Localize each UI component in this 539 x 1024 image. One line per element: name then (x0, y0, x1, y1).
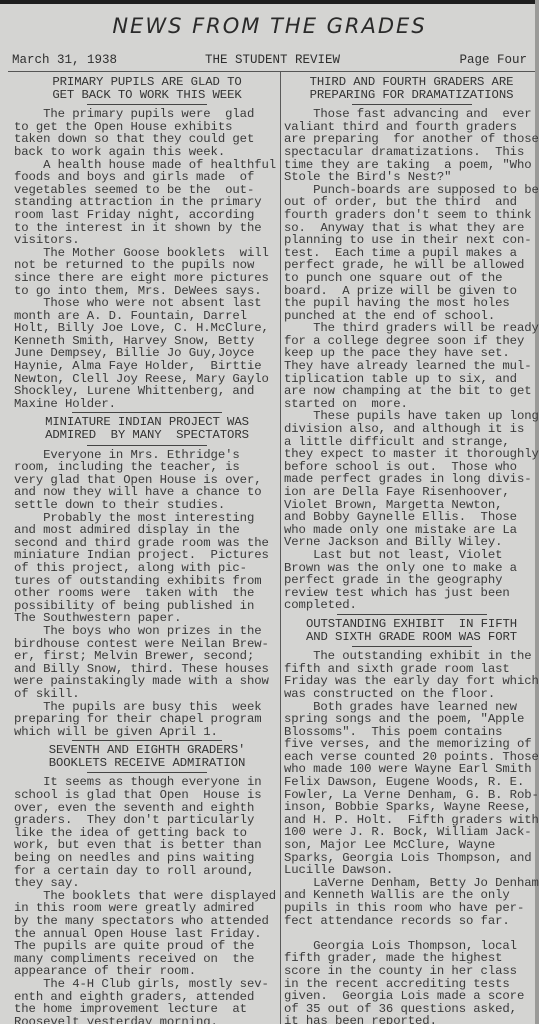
article-body: The primary pupils were gladto get the O… (14, 108, 280, 410)
headline-line: PRIMARY PUPILS ARE GLAD TO (14, 76, 280, 89)
body-line: room last Friday night, according (14, 209, 280, 222)
body-line: it has been reported. (284, 1015, 539, 1024)
body-line: Shockley, Lurene Whittenberg, and (14, 385, 280, 398)
article: THIRD AND FOURTH GRADERS AREPREPARING FO… (284, 76, 539, 615)
body-line: visitors. (14, 234, 280, 247)
body-line: fect attendance records so far. (284, 915, 539, 928)
body-line: to punch one square out of the (284, 272, 539, 285)
article-body: It seems as though everyone inschool is … (14, 776, 280, 1024)
body-line: since there are eight more pictures (14, 272, 280, 285)
dateline: March 31, 1938 THE STUDENT REVIEW Page F… (12, 53, 527, 69)
body-line: Those fast advancing and ever (284, 108, 539, 121)
body-line: they expect to master it thoroughly (284, 448, 539, 461)
headline-rule (87, 104, 207, 105)
headline-rule (87, 445, 207, 446)
article: MINIATURE INDIAN PROJECT WASADMIRED BY M… (14, 416, 280, 741)
body-line: planning to use in their next con- (284, 234, 539, 247)
body-line: division also, and although it is (284, 423, 539, 436)
body-line: Last but not least, Violet (284, 549, 539, 562)
body-line: Stole the Bird's Nest?" (284, 171, 539, 184)
article-separator (337, 614, 487, 615)
body-line: The outstanding exhibit in the (284, 650, 539, 663)
article: OUTSTANDING EXHIBIT IN FIFTHAND SIXTH GR… (284, 618, 539, 1024)
body-line: The primary pupils were glad (14, 108, 280, 121)
headline-rule (352, 104, 472, 105)
headline-rule (352, 646, 472, 647)
body-line: They have already learned the mul- (284, 360, 539, 373)
body-line: Roosevelt yesterday morning. (14, 1016, 280, 1024)
body-line: Haynie, Alma Faye Holder, Birttie (14, 360, 280, 373)
body-line: son, Major Lee McClure, Wayne (284, 839, 539, 852)
body-line: pupils in this room who have per- (284, 902, 539, 915)
body-line: Maxine Holder. (14, 398, 280, 411)
headline-line: THIRD AND FOURTH GRADERS ARE (284, 76, 539, 89)
headline-line: SEVENTH AND EIGHTH GRADERS' (14, 744, 280, 757)
body-line: they say. (14, 877, 280, 890)
article-headline: THIRD AND FOURTH GRADERS AREPREPARING FO… (284, 76, 539, 101)
article-separator (72, 412, 222, 413)
body-line: of this project, along with pic- (14, 562, 280, 575)
article-headline: SEVENTH AND EIGHTH GRADERS'BOOKLETS RECE… (14, 744, 280, 769)
headline-line: GET BACK TO WORK THIS WEEK (14, 89, 280, 102)
body-line: Those who were not absent last (14, 297, 280, 310)
body-line: er, first; Melvin Brewer, second; (14, 650, 280, 663)
body-line: score in the county in her class (284, 965, 539, 978)
body-line: graders. They don't particularly (14, 814, 280, 827)
headline-line: AND SIXTH GRADE ROOM WAS FORT (284, 631, 539, 644)
headline-line: OUTSTANDING EXHIBIT IN FIFTH (284, 618, 539, 631)
article-body: Everyone in Mrs. Ethridge'sroom, includi… (14, 449, 280, 739)
body-line: room, including the teacher, is (14, 461, 280, 474)
article-headline: OUTSTANDING EXHIBIT IN FIFTHAND SIXTH GR… (284, 618, 539, 643)
body-line: school is glad that Open House is (14, 789, 280, 802)
body-line: Holt, Billy Joe Love, C. H.McClure, (14, 322, 280, 335)
body-line: back to work again this week. (14, 146, 280, 159)
article-separator (72, 740, 222, 741)
article: PRIMARY PUPILS ARE GLAD TOGET BACK TO WO… (14, 76, 280, 413)
body-line: The 4-H Club girls, mostly sev- (14, 978, 280, 991)
body-line: ion are Della Faye Risenhoover, (284, 486, 539, 499)
body-line: perfect grade in the geography (284, 574, 539, 587)
body-line: fourth graders don't seem to think (284, 209, 539, 222)
headline-line: BOOKLETS RECEIVE ADMIRATION (14, 757, 280, 770)
body-line: The third graders will be ready (284, 322, 539, 335)
headline-line: ADMIRED BY MANY SPECTATORS (14, 429, 280, 442)
right-column: THIRD AND FOURTH GRADERS AREPREPARING FO… (284, 76, 539, 1024)
header-rule (8, 71, 535, 72)
article-headline: PRIMARY PUPILS ARE GLAD TOGET BACK TO WO… (14, 76, 280, 101)
article-body: The outstanding exhibit in thefifth and … (284, 650, 539, 1024)
column-divider (280, 72, 281, 1024)
body-line: other rooms were taken with the (14, 587, 280, 600)
body-line: inson, Bobbie Sparks, Wayne Reese, (284, 801, 539, 814)
body-line: Lucille Dawson. (284, 864, 539, 877)
body-line: foods and boys and girls made of (14, 171, 280, 184)
top-border (0, 0, 539, 4)
body-line: of skill. (14, 688, 280, 701)
body-line: and Bobby Gaynelle Ellis. Those (284, 511, 539, 524)
body-line (284, 927, 539, 940)
body-line: was constructed on the floor. (284, 688, 539, 701)
body-line: which will be given April 1. (14, 726, 280, 739)
article-headline: MINIATURE INDIAN PROJECT WASADMIRED BY M… (14, 416, 280, 441)
body-line: Felix Dawson, Eugene Woods, R. E. (284, 776, 539, 789)
body-line: the home improvement lecture at (14, 1003, 280, 1016)
body-line: completed. (284, 599, 539, 612)
body-line: The boys who won prizes in the (14, 625, 280, 638)
paper-name: THE STUDENT REVIEW (205, 53, 340, 67)
left-column: PRIMARY PUPILS ARE GLAD TOGET BACK TO WO… (14, 76, 280, 1024)
issue-date: March 31, 1938 (12, 53, 117, 67)
headline-line: PREPARING FOR DRAMATIZATIONS (284, 89, 539, 102)
body-line: spring songs and the poem, "Apple (284, 713, 539, 726)
body-line: and most admired display in the (14, 524, 280, 537)
body-line: being on needles and pins waiting (14, 852, 280, 865)
body-line: spectacular dramatizations. This (284, 146, 539, 159)
body-line: The pupils are quite proud of the (14, 940, 280, 953)
article: SEVENTH AND EIGHTH GRADERS'BOOKLETS RECE… (14, 744, 280, 1024)
headline-rule (87, 772, 207, 773)
body-line: are now champing at the bit to get (284, 385, 539, 398)
body-line: given. Georgia Lois made a score (284, 990, 539, 1003)
masthead-title: NEWS FROM THE GRADES (0, 14, 539, 38)
body-line: preparing for their chapel program (14, 713, 280, 726)
page-number: Page Four (459, 53, 527, 67)
body-line: five verses, and the memorizing of (284, 738, 539, 751)
body-line: by the many spectators who attended (14, 915, 280, 928)
body-line: settle down to their studies. (14, 499, 280, 512)
article-body: Those fast advancing and evervaliant thi… (284, 108, 539, 612)
body-line: the pupil having the most holes (284, 297, 539, 310)
